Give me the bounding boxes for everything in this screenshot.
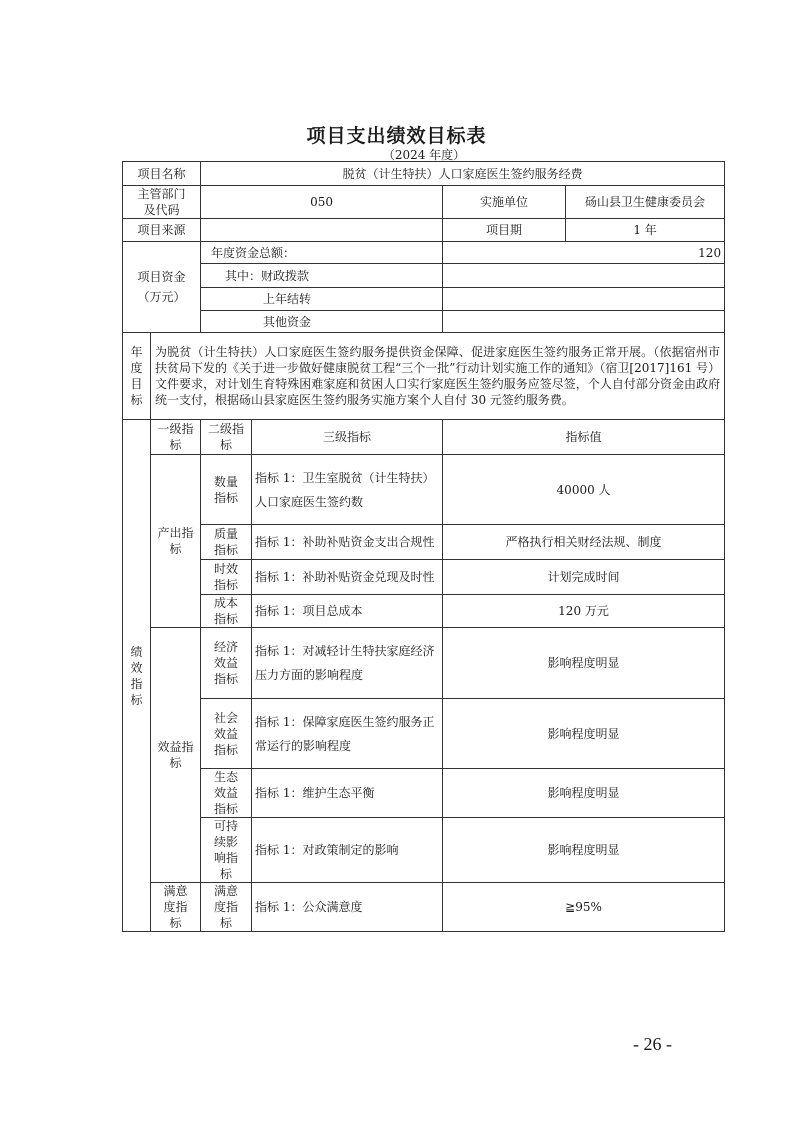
level3-social: 指标 1：保障家庭医生签约服务正常运行的影响程度: [252, 699, 443, 769]
row-funds-total: 项目资金 （万元） 年度资金总额： 120: [123, 242, 725, 264]
section-label-char: 效: [123, 660, 150, 676]
level3-quality: 指标 1：补助补贴资金支出合规性: [252, 525, 443, 560]
dept-code: 050: [201, 186, 443, 219]
source-label: 项目来源: [123, 219, 201, 242]
level1-output: 产出指标: [151, 455, 201, 628]
header-level1: 一级指标: [151, 420, 201, 455]
funds-other-label: 其他资金: [201, 311, 443, 333]
period-value: 1 年: [566, 219, 725, 242]
value-cost: 120 万元: [443, 595, 725, 628]
dept-label-line2: 及代码: [126, 202, 197, 218]
indicator-row: 质量指标 指标 1：补助补贴资金支出合规性 严格执行相关财经法规、制度: [123, 525, 725, 560]
indicator-row: 效益指标 经济效益指标 指标 1：对减轻计生特扶家庭经济压力方面的影响程度 影响…: [123, 628, 725, 699]
funds-fiscal-value: [443, 264, 725, 288]
dept-label: 主管部门 及代码: [123, 186, 201, 219]
funds-carryover-value: [443, 288, 725, 311]
level2-sustainability: 可持续影响指标: [201, 818, 252, 883]
indicator-row: 满意度指标 满意度指标 指标 1：公众满意度 ≧95%: [123, 883, 725, 932]
row-source: 项目来源 项目期 1 年: [123, 219, 725, 242]
level3-quantity: 指标 1：卫生室脱贫（计生特扶）人口家庭医生签约数: [252, 455, 443, 525]
level2-quality: 质量指标: [201, 525, 252, 560]
funds-total-label: 年度资金总额：: [201, 242, 443, 264]
level2-cost: 成本指标: [201, 595, 252, 628]
value-economic: 影响程度明显: [443, 628, 725, 699]
value-timeliness: 计划完成时间: [443, 560, 725, 595]
indicator-row: 社会效益指标 指标 1：保障家庭医生签约服务正常运行的影响程度 影响程度明显: [123, 699, 725, 769]
funds-fiscal-label: 其中：财政拨款: [201, 264, 443, 288]
level1-benefit: 效益指标: [151, 628, 201, 883]
level2-social: 社会效益指标: [201, 699, 252, 769]
indicator-row: 时效指标 指标 1：补助补贴资金兑现及时性 计划完成时间: [123, 560, 725, 595]
indicator-row: 生态效益指标 指标 1：维护生态平衡 影响程度明显: [123, 769, 725, 818]
level3-timeliness: 指标 1：补助补贴资金兑现及时性: [252, 560, 443, 595]
level1-satisfaction: 满意度指标: [151, 883, 201, 932]
indicator-header-row: 绩 效 指 标 一级指标 二级指标 三级指标 指标值: [123, 420, 725, 455]
impl-unit-label: 实施单位: [443, 186, 566, 219]
value-quality: 严格执行相关财经法规、制度: [443, 525, 725, 560]
level3-satisfaction: 指标 1：公众满意度: [252, 883, 443, 932]
project-name-label: 项目名称: [123, 162, 201, 186]
performance-indicators-label: 绩 效 指 标: [123, 420, 151, 932]
annual-goal-label: 年 度 目 标: [123, 333, 151, 420]
row-project-name: 项目名称 脱贫（计生特扶）人口家庭医生签约服务经费: [123, 162, 725, 186]
value-sustainability: 影响程度明显: [443, 818, 725, 883]
annual-goal-text: 为脱贫（计生特扶）人口家庭医生签约服务提供资金保障、促进家庭医生签约服务正常开展…: [151, 333, 725, 420]
annual-goal-label-char: 目: [123, 376, 150, 392]
level3-cost: 指标 1：项目总成本: [252, 595, 443, 628]
section-label-char: 绩: [123, 644, 150, 660]
row-funds-carryover: 上年结转: [123, 288, 725, 311]
value-satisfaction: ≧95%: [443, 883, 725, 932]
annual-goal-label-char: 标: [123, 392, 150, 408]
performance-target-table: 项目名称 脱贫（计生特扶）人口家庭医生签约服务经费 主管部门 及代码 050 实…: [122, 161, 725, 932]
level2-timeliness: 时效指标: [201, 560, 252, 595]
value-ecological: 影响程度明显: [443, 769, 725, 818]
level2-economic: 经济效益指标: [201, 628, 252, 699]
row-annual-goal: 年 度 目 标 为脱贫（计生特扶）人口家庭医生签约服务提供资金保障、促进家庭医生…: [123, 333, 725, 420]
header-value: 指标值: [443, 420, 725, 455]
indicator-row: 可持续影响指标 指标 1：对政策制定的影响 影响程度明显: [123, 818, 725, 883]
level3-sustainability: 指标 1：对政策制定的影响: [252, 818, 443, 883]
annual-goal-label-char: 度: [123, 360, 150, 376]
dept-label-line1: 主管部门: [126, 186, 197, 202]
level2-ecological: 生态效益指标: [201, 769, 252, 818]
funds-label-line2: （万元）: [126, 287, 197, 307]
section-label-char: 指: [123, 676, 150, 692]
annual-goal-label-char: 年: [123, 344, 150, 360]
indicator-row: 产出指标 数量指标 指标 1：卫生室脱贫（计生特扶）人口家庭医生签约数 4000…: [123, 455, 725, 525]
header-level2: 二级指标: [201, 420, 252, 455]
page-title: 项目支出绩效目标表: [0, 121, 793, 148]
header-level3: 三级指标: [252, 420, 443, 455]
level2-quantity: 数量指标: [201, 455, 252, 525]
impl-unit-value: 砀山县卫生健康委员会: [566, 186, 725, 219]
indicator-row: 成本指标 指标 1：项目总成本 120 万元: [123, 595, 725, 628]
funds-label-line1: 项目资金: [126, 267, 197, 287]
funds-other-value: [443, 311, 725, 333]
page-number: - 26 -: [633, 1034, 672, 1055]
project-name-value: 脱贫（计生特扶）人口家庭医生签约服务经费: [201, 162, 725, 186]
level2-satisfaction: 满意度指标: [201, 883, 252, 932]
value-social: 影响程度明显: [443, 699, 725, 769]
row-funds-fiscal: 其中：财政拨款: [123, 264, 725, 288]
level3-economic: 指标 1：对减轻计生特扶家庭经济压力方面的影响程度: [252, 628, 443, 699]
level3-ecological: 指标 1：维护生态平衡: [252, 769, 443, 818]
section-label-char: 标: [123, 692, 150, 708]
funds-total-value: 120: [443, 242, 725, 264]
row-department: 主管部门 及代码 050 实施单位 砀山县卫生健康委员会: [123, 186, 725, 219]
value-quantity: 40000 人: [443, 455, 725, 525]
row-funds-other: 其他资金: [123, 311, 725, 333]
funds-carryover-label: 上年结转: [201, 288, 443, 311]
source-value: [201, 219, 443, 242]
period-label: 项目期: [443, 219, 566, 242]
funds-label: 项目资金 （万元）: [123, 242, 201, 333]
